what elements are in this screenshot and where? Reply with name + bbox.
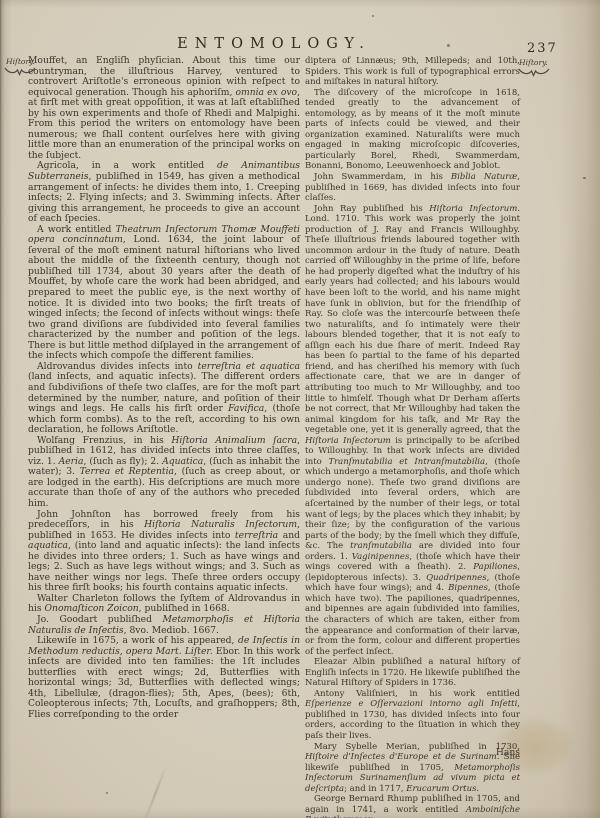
underbrace-icon — [518, 68, 550, 77]
text-column-left: Mouffet, an Engliſh phyſician. About thi… — [28, 56, 300, 720]
paragraph: John Ray publiſhed his Hiſtoria Inſector… — [305, 204, 520, 658]
page-title: ENTOMOLOGY. — [28, 36, 520, 52]
paragraph: John Swammerdam, in his Biblia Naturæ, p… — [305, 172, 520, 204]
page-number: 237 — [527, 41, 558, 56]
catchword: Hans — [430, 747, 520, 758]
paragraph: Walter Charleton follows the ſyſtem of A… — [28, 594, 300, 615]
page-edge-top — [0, 0, 600, 8]
paragraph: George Bernard Rhump publiſhed in 1705, … — [305, 794, 520, 818]
paragraph: A work entitled Theatrum Inſectorum Thom… — [28, 225, 300, 362]
paragraph: Eleazar Albin publiſhed a natural hiſtor… — [305, 657, 520, 689]
paragraph: Aldrovandus divides inſects into terreſt… — [28, 362, 300, 436]
paragraph: The diſcovery of the microſcope in 1618,… — [305, 88, 520, 172]
paragraph: Mouffet, an Engliſh phyſician. About thi… — [28, 56, 300, 161]
text-column-right: diptera of Linnæus; 9th, Millepeds; and … — [305, 56, 520, 818]
paragraph: Antony Valiſnieri, in his work entitled … — [305, 689, 520, 742]
page-edge-shadow — [558, 0, 600, 818]
margin-note-history-right: Hiſtory. — [519, 58, 548, 67]
paragraph: Jo. Goodart publiſhed Metamorphoſis et H… — [28, 615, 300, 636]
paper-speck — [106, 792, 108, 794]
paragraph: John Johnſton has borrowed freely from h… — [28, 510, 300, 594]
gutter-shadow — [0, 0, 12, 818]
book-page: ENTOMOLOGY. 237 Hiſtory. Hiſtory. Mouffe… — [0, 0, 600, 818]
paragraph: Agricola, in a work entitled de Animanti… — [28, 161, 300, 224]
paragraph: diptera of Linnæus; 9th, Millepeds; and … — [305, 56, 520, 88]
paragraph: Likewiſe in 1675, a work of his appeared… — [28, 636, 300, 720]
paper-speck — [372, 15, 374, 17]
paragraph: Wolfang Frenzius, in his Hiſtoria Animal… — [28, 436, 300, 510]
